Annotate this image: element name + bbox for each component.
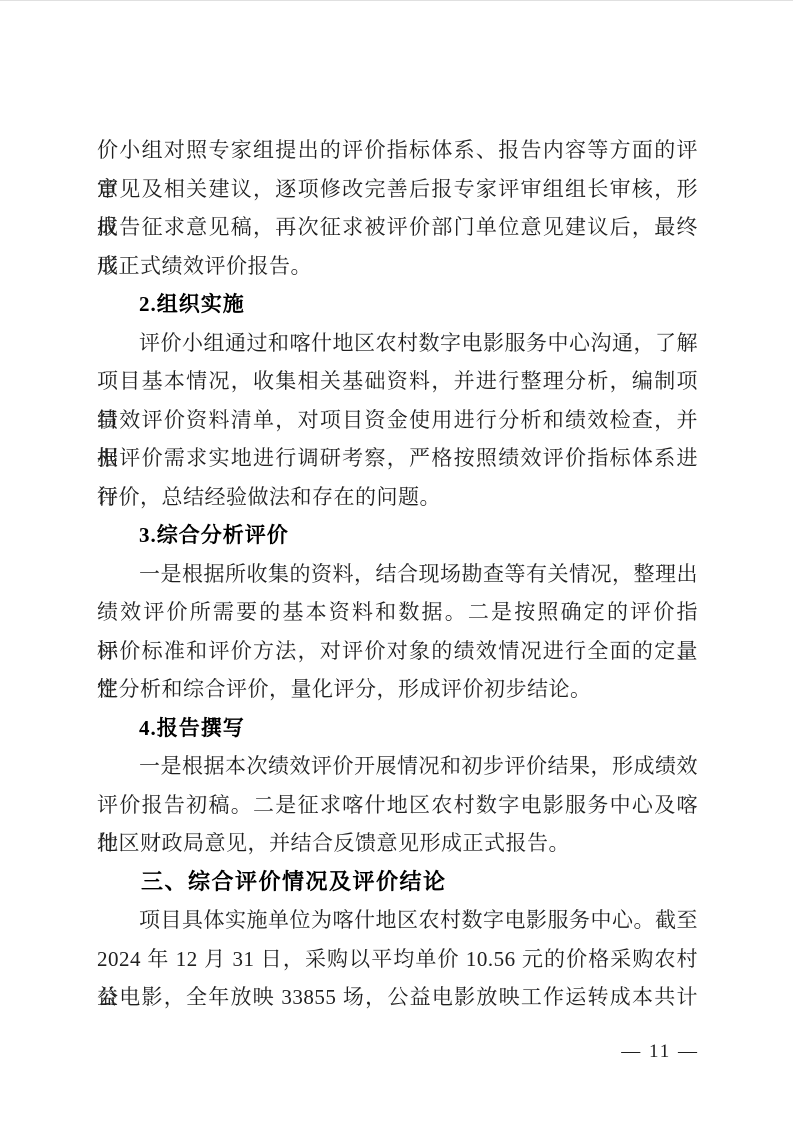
body-line: 报告征求意见稿，再次征求被评价部门单位意见建议后，最终形 [97, 208, 698, 247]
body-line: 性分析和综合评价，量化评分，形成评价初步结论。 [97, 670, 698, 709]
body-line: 价小组对照专家组提出的评价指标体系、报告内容等方面的评审 [97, 131, 698, 170]
body-line: 成正式绩效评价报告。 [97, 247, 698, 286]
body-line: 据评价需求实地进行调研考察，严格按照绩效评价指标体系进行 [97, 439, 698, 478]
body-line: 2024 年 12 月 31 日，采购以平均单价 10.56 元的价格采购农村公 [97, 940, 698, 979]
body-line: 一是根据本次绩效评价开展情况和初步评价结果，形成绩效 [97, 747, 698, 786]
heading-organization-implementation: 2.组织实施 [97, 285, 698, 324]
body-line: 意见及相关建议，逐项修改完善后报专家评审组组长审核，形成 [97, 170, 698, 209]
body-line: 评价标准和评价方法，对评价对象的绩效情况进行全面的定量定 [97, 632, 698, 671]
body-line: 评价小组通过和喀什地区农村数字电影服务中心沟通，了解 [97, 324, 698, 363]
body-line: 评价报告初稿。二是征求喀什地区农村数字电影服务中心及喀什 [97, 786, 698, 825]
heading-comprehensive-analysis: 3.综合分析评价 [97, 516, 698, 555]
body-line: 绩效评价所需要的基本资料和数据。二是按照确定的评价指标、 [97, 593, 698, 632]
body-line: 项目具体实施单位为喀什地区农村数字电影服务中心。截至 [97, 901, 698, 940]
body-line: 项目基本情况，收集相关基础资料，并进行整理分析，编制项目 [97, 362, 698, 401]
body-line: 绩效评价资料清单，对项目资金使用进行分析和绩效检查，并根 [97, 401, 698, 440]
body-line: 益电影，全年放映 33855 场，公益电影放映工作运转成本共计 [97, 978, 698, 1017]
document-page: 价小组对照专家组提出的评价指标体系、报告内容等方面的评审 意见及相关建议，逐项修… [0, 0, 793, 1122]
page-number: — 11 — [621, 1040, 699, 1064]
document-body: 价小组对照专家组提出的评价指标体系、报告内容等方面的评审 意见及相关建议，逐项修… [97, 131, 698, 1017]
page-top-edge [0, 0, 793, 1]
body-line: 地区财政局意见，并结合反馈意见形成正式报告。 [97, 824, 698, 863]
heading-section3-evaluation-conclusion: 三、综合评价情况及评价结论 [97, 863, 698, 902]
body-line: 一是根据所收集的资料，结合现场勘查等有关情况，整理出 [97, 555, 698, 594]
heading-report-writing: 4.报告撰写 [97, 709, 698, 748]
body-line: 评价，总结经验做法和存在的问题。 [97, 478, 698, 517]
